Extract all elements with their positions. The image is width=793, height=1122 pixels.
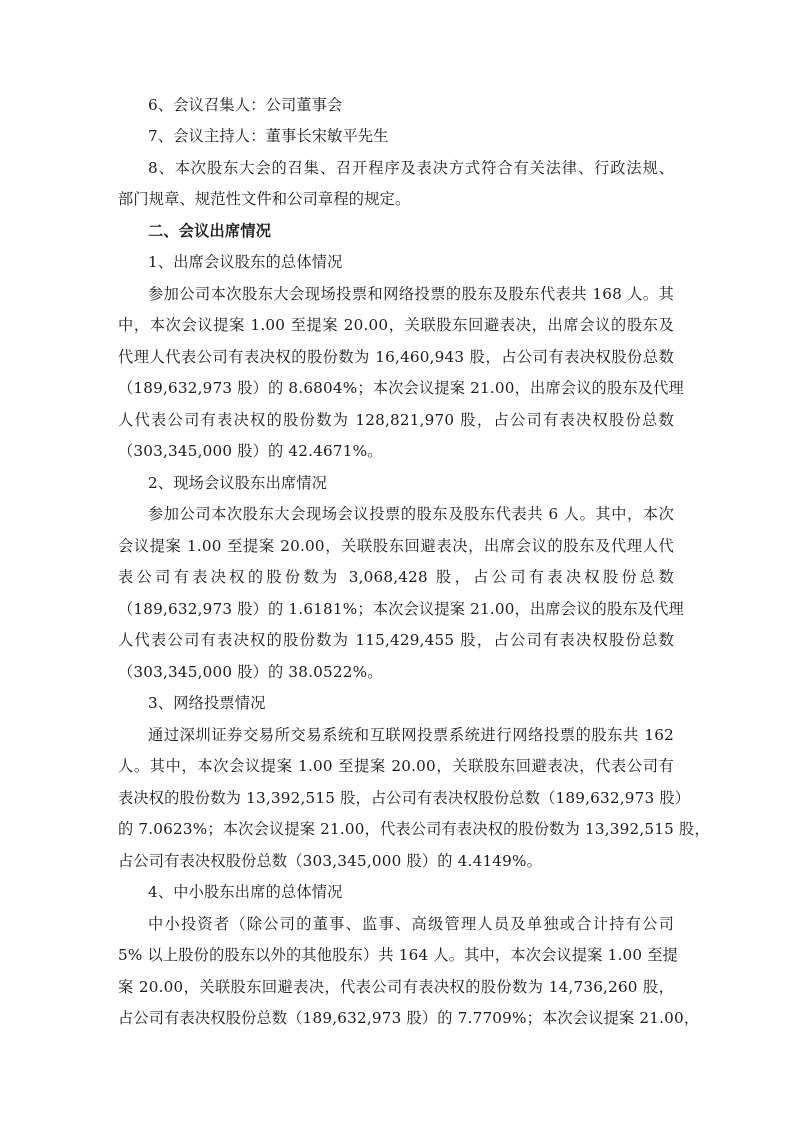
item-convener: 6、会议召集人：公司董事会 xyxy=(148,95,674,115)
paragraph-line: 占公司有表决权股份总数（303,345,000 股）的 4.4149%。 xyxy=(118,851,674,871)
document-page: 6、会议召集人：公司董事会 7、会议主持人：董事长宋敏平先生 8、本次股东大会的… xyxy=(0,0,793,1122)
subheading-onsite-attendance: 2、现场会议股东出席情况 xyxy=(148,473,674,493)
item-compliance-line-2: 部门规章、规范性文件和公司章程的规定。 xyxy=(118,189,674,209)
paragraph-line: 中，本次会议提案 1.00 至提案 20.00，关联股东回避表决，出席会议的股东… xyxy=(118,315,674,335)
item-compliance-line-1: 8、本次股东大会的召集、召开程序及表决方式符合有关法律、行政法规、 xyxy=(148,158,674,178)
paragraph-line: 案 20.00，关联股东回避表决，代表公司有表决权的股份数为 14,736,26… xyxy=(118,977,674,997)
paragraph-line: 人代表公司有表决权的股份数为 128,821,970 股，占公司有表决权股份总数 xyxy=(118,410,674,430)
paragraph-line: 通过深圳证券交易所交易系统和互联网投票系统进行网络投票的股东共 162 xyxy=(148,725,674,745)
item-host: 7、会议主持人：董事长宋敏平先生 xyxy=(148,126,674,146)
paragraph-line: 会议提案 1.00 至提案 20.00，关联股东回避表决，出席会议的股东及代理人… xyxy=(118,536,674,556)
paragraph-line: 人。其中，本次会议提案 1.00 至提案 20.00，关联股东回避表决，代表公司… xyxy=(118,756,674,776)
paragraph-line: 参加公司本次股东大会现场投票和网络投票的股东及股东代表共 168 人。其 xyxy=(148,284,674,304)
paragraph-line: （189,632,973 股）的 8.6804%；本次会议提案 21.00，出席… xyxy=(118,378,674,398)
paragraph-line: （189,632,973 股）的 1.6181%；本次会议提案 21.00，出席… xyxy=(118,599,674,619)
paragraph-line: 的 7.0623%；本次会议提案 21.00，代表公司有表决权的股份数为 13,… xyxy=(118,819,674,839)
paragraph-line: 占公司有表决权股份总数（189,632,973 股）的 7.7709%；本次会议… xyxy=(118,1008,674,1028)
subheading-minority-attendance: 4、中小股东出席的总体情况 xyxy=(148,882,674,902)
paragraph-line: 中小投资者（除公司的董事、监事、高级管理人员及单独或合计持有公司 xyxy=(148,914,674,934)
paragraph-line: （303,345,000 股）的 38.0522%。 xyxy=(118,662,674,682)
paragraph-line: （303,345,000 股）的 42.4671%。 xyxy=(118,441,674,461)
paragraph-line: 表公司有表决权的股份数为 3,068,428 股，占公司有表决权股份总数 xyxy=(118,567,674,587)
paragraph-line: 代理人代表公司有表决权的股份数为 16,460,943 股，占公司有表决权股份总… xyxy=(118,347,674,367)
paragraph-line: 参加公司本次股东大会现场会议投票的股东及股东代表共 6 人。其中，本次 xyxy=(148,504,674,524)
section-heading-attendance: 二、会议出席情况 xyxy=(148,221,674,241)
paragraph-line: 人代表公司有表决权的股份数为 115,429,455 股，占公司有表决权股份总数 xyxy=(118,630,674,650)
paragraph-line: 5% 以上股份的股东以外的其他股东）共 164 人。其中，本次会议提案 1.00… xyxy=(118,945,674,965)
paragraph-line: 表决权的股份数为 13,392,515 股，占公司有表决权股份总数（189,63… xyxy=(118,788,674,808)
subheading-overall-attendance: 1、出席会议股东的总体情况 xyxy=(148,252,674,272)
subheading-online-voting: 3、网络投票情况 xyxy=(148,693,674,713)
